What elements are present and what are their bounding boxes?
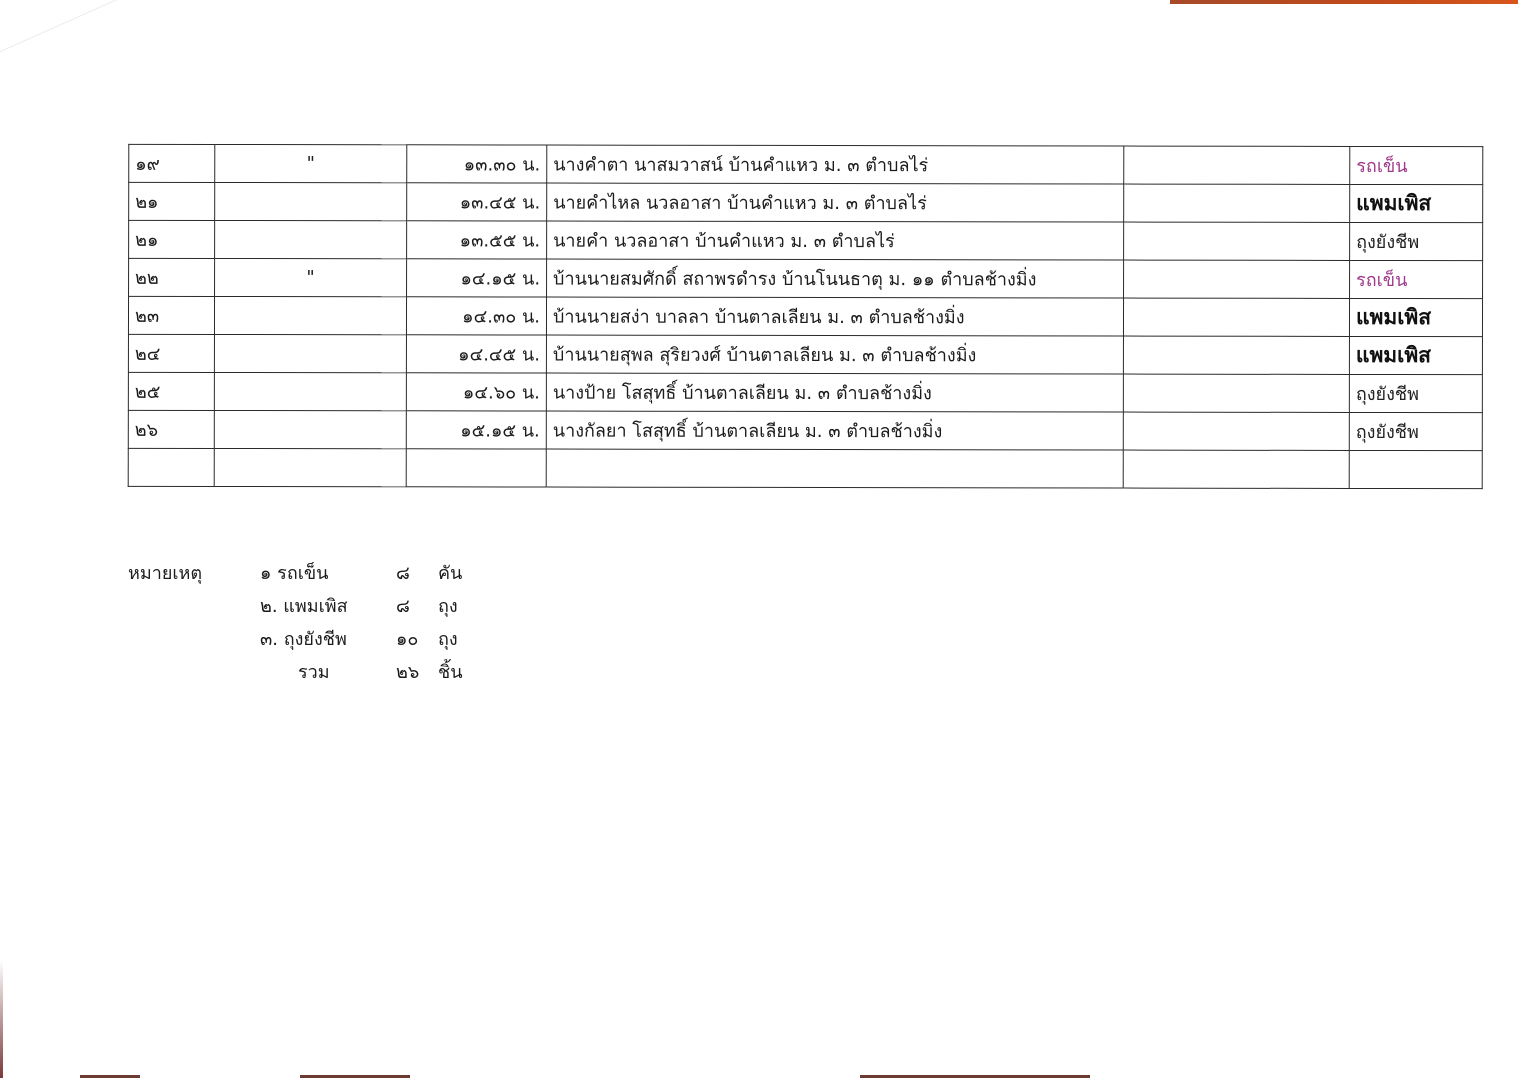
scan-edge-top xyxy=(1170,0,1518,4)
notes-total-label: รวม xyxy=(298,657,330,686)
item-type: ถุงยังชีพ xyxy=(1350,222,1483,260)
row-number: ๒๑ xyxy=(129,182,215,220)
item-label: รถเข็น xyxy=(1356,156,1407,177)
row-number: ๒๔ xyxy=(128,334,214,372)
item-type xyxy=(1349,450,1482,488)
visit-time: ๑๔.๓๐ น. xyxy=(406,297,546,335)
remark-cell xyxy=(1124,184,1350,222)
schedule-table: ๑๙"๑๓.๓๐ น.นางคำตา นาสมวาสน์ บ้านคำแหว ม… xyxy=(128,144,1484,489)
item-type: ถุงยังชีพ xyxy=(1349,412,1482,450)
notes-total-qty: ๒๖ xyxy=(396,657,419,686)
ditto-mark xyxy=(214,334,406,372)
recipient-address: นางคำตา นาสมวาสน์ บ้านคำแหว ม. ๓ ตำบลไร่ xyxy=(547,145,1124,184)
visit-time: ๑๔.๖๐ น. xyxy=(406,373,546,411)
table-row: ๑๙"๑๓.๓๐ น.นางคำตา นาสมวาสน์ บ้านคำแหว ม… xyxy=(129,144,1483,184)
notes-label: หมายเหตุ xyxy=(128,558,202,587)
remark-cell xyxy=(1124,222,1350,260)
table-row xyxy=(128,448,1482,488)
ditto-mark: " xyxy=(215,144,407,182)
item-type: แพมเพิส xyxy=(1349,336,1482,374)
item-label: แพมเพิส xyxy=(1356,191,1431,215)
item-type: รถเข็น xyxy=(1350,146,1483,184)
notes-item-name: ๓. ถุงยังชีพ xyxy=(260,624,347,653)
visit-time: ๑๔.๑๕ น. xyxy=(407,259,547,297)
paper-fold-line xyxy=(0,0,191,61)
table-row: ๒๖๑๕.๑๕ น.นางกัลยา โสสุทธิ์ บ้านตาลเลียน… xyxy=(128,410,1482,450)
row-number: ๑๙ xyxy=(129,144,215,182)
ditto-mark: " xyxy=(215,258,407,296)
item-label: ถุงยังชีพ xyxy=(1356,384,1419,405)
ditto-mark xyxy=(214,410,406,448)
ditto-mark xyxy=(215,182,407,220)
remark-cell xyxy=(1123,298,1349,336)
recipient-address: นางป้าย โสสุทธิ์ บ้านตาลเลียน ม. ๓ ตำบลช… xyxy=(546,373,1123,412)
item-type: ถุงยังชีพ xyxy=(1349,374,1482,412)
ditto-mark xyxy=(214,372,406,410)
notes-item-unit: ถุง xyxy=(438,591,458,620)
item-type: แพมเพิส xyxy=(1350,184,1483,222)
notes-item-unit: ถุง xyxy=(438,624,458,653)
ditto-mark xyxy=(215,220,407,258)
item-label: รถเข็น xyxy=(1356,270,1407,291)
visit-time: ๑๕.๑๕ น. xyxy=(406,411,546,449)
row-number: ๒๖ xyxy=(128,410,214,448)
remark-cell xyxy=(1123,412,1349,450)
item-label: ถุงยังชีพ xyxy=(1356,232,1419,253)
item-label: แพมเพิส xyxy=(1356,343,1431,367)
remark-cell xyxy=(1123,336,1349,374)
visit-time: ๑๓.๓๐ น. xyxy=(407,145,547,183)
recipient-address: บ้านนายสุพล สุริยวงศ์ บ้านตาลเลียน ม. ๓ … xyxy=(546,335,1123,374)
notes-item-qty: ๑๐ xyxy=(396,624,418,653)
table-row: ๒๔๑๔.๔๕ น.บ้านนายสุพล สุริยวงศ์ บ้านตาลเ… xyxy=(128,334,1482,374)
scan-edge-left xyxy=(0,960,3,1078)
notes-item-qty: ๘ xyxy=(396,591,410,620)
ditto-mark xyxy=(214,296,406,334)
visit-time: ๑๓.๕๕ น. xyxy=(407,221,547,259)
notes-item-qty: ๘ xyxy=(396,558,410,587)
notes-item-name: ๒. แพมเพิส xyxy=(260,591,348,620)
item-type: แพมเพิส xyxy=(1349,298,1482,336)
ditto-mark xyxy=(214,448,406,486)
item-label: ถุงยังชีพ xyxy=(1356,422,1419,443)
recipient-address xyxy=(546,449,1123,488)
visit-time xyxy=(406,449,546,487)
table-row: ๒๕๑๔.๖๐ น.นางป้าย โสสุทธิ์ บ้านตาลเลียน … xyxy=(128,372,1482,412)
table-row: ๒๓๑๔.๓๐ น.บ้านนายสง่า บาลลา บ้านตาลเลียน… xyxy=(128,296,1482,336)
notes-item-name: ๑ รถเข็น xyxy=(260,558,328,587)
row-number: ๒๑ xyxy=(129,220,215,258)
recipient-address: บ้านนายสมศักดิ์ สถาพรดำรง บ้านโนนธาตุ ม.… xyxy=(547,259,1124,298)
recipient-address: นายคำ นวลอาสา บ้านคำแหว ม. ๓ ตำบลไร่ xyxy=(547,221,1124,260)
item-label: แพมเพิส xyxy=(1356,305,1431,329)
notes-total-unit: ชิ้น xyxy=(438,657,463,686)
visit-time: ๑๔.๔๕ น. xyxy=(406,335,546,373)
remark-cell xyxy=(1123,374,1349,412)
item-type: รถเข็น xyxy=(1350,260,1483,298)
table-row: ๒๑๑๓.๕๕ น.นายคำ นวลอาสา บ้านคำแหว ม. ๓ ต… xyxy=(129,220,1483,260)
row-number xyxy=(128,448,214,486)
notes-item-unit: คัน xyxy=(438,558,462,587)
table-row: ๒๑๑๓.๔๕ น.นายคำไหล นวลอาสา บ้านคำแหว ม. … xyxy=(129,182,1483,222)
row-number: ๒๓ xyxy=(128,296,214,334)
visit-time: ๑๓.๔๕ น. xyxy=(407,183,547,221)
row-number: ๒๕ xyxy=(128,372,214,410)
table-row: ๒๒"๑๔.๑๕ น.บ้านนายสมศักดิ์ สถาพรดำรง บ้า… xyxy=(129,258,1483,298)
remark-cell xyxy=(1124,146,1350,184)
row-number: ๒๒ xyxy=(129,258,215,296)
remark-cell xyxy=(1123,450,1349,488)
remark-cell xyxy=(1124,260,1350,298)
recipient-address: นายคำไหล นวลอาสา บ้านคำแหว ม. ๓ ตำบลไร่ xyxy=(547,183,1124,222)
recipient-address: นางกัลยา โสสุทธิ์ บ้านตาลเลียน ม. ๓ ตำบล… xyxy=(546,411,1123,450)
recipient-address: บ้านนายสง่า บาลลา บ้านตาลเลียน ม. ๓ ตำบล… xyxy=(546,297,1123,336)
